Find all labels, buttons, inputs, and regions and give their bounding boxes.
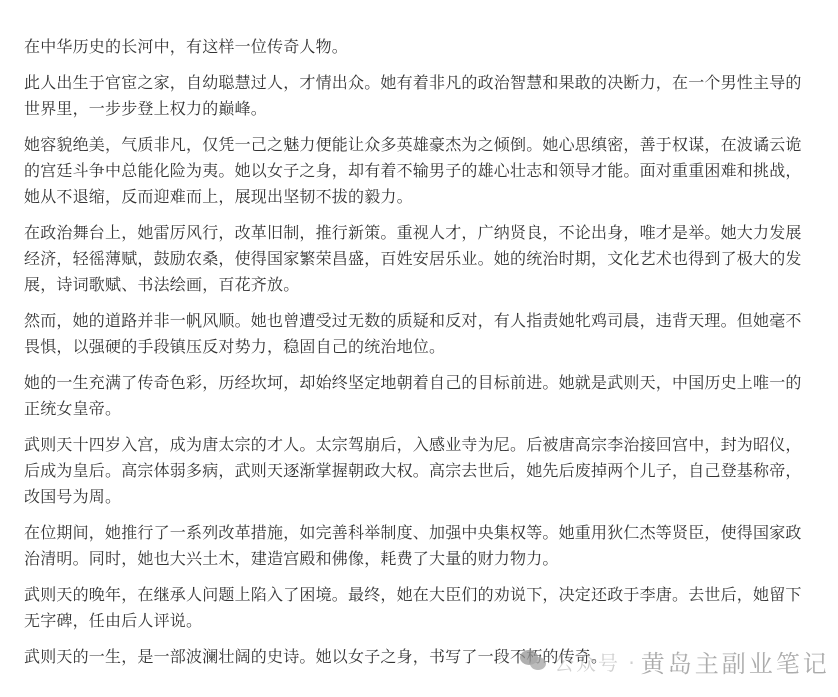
paragraph-opposition: 然而，她的道路并非一帆风顺。她也曾遭受过无数的质疑和反对，有人指责她牝鸡司晨，违…	[24, 308, 816, 360]
paragraph-character: 她容貌绝美，气质非凡，仅凭一己之魅力便能让众多英雄豪杰为之倾倒。她心思缜密，善于…	[24, 132, 816, 210]
paragraph-late-years: 武则天的晚年，在继承人问题上陷入了困境。最终，她在大臣们的劝说下，决定还政于李唐…	[24, 582, 816, 634]
paragraph-rise: 武则天十四岁入宫，成为唐太宗的才人。太宗驾崩后，入感业寺为尼。后被唐高宗李治接回…	[24, 432, 816, 510]
article-body: 在中华历史的长河中，有这样一位传奇人物。 此人出生于官宦之家，自幼聪慧过人，才情…	[24, 34, 816, 680]
paragraph-conclusion: 武则天的一生，是一部波澜壮阔的史诗。她以女子之身，书写了一段不朽的传奇。	[24, 644, 816, 670]
paragraph-reign: 在位期间，她推行了一系列改革措施，如完善科举制度、加强中央集权等。她重用狄仁杰等…	[24, 520, 816, 572]
paragraph-politics: 在政治舞台上，她雷厉风行，改革旧制，推行新策。重视人才，广纳贤良，不论出身，唯才…	[24, 220, 816, 298]
paragraph-intro: 在中华历史的长河中，有这样一位传奇人物。	[24, 34, 816, 60]
paragraph-identity: 她的一生充满了传奇色彩，历经坎坷，却始终坚定地朝着自己的目标前进。她就是武则天，…	[24, 370, 816, 422]
paragraph-origin: 此人出生于官宦之家，自幼聪慧过人，才情出众。她有着非凡的政治智慧和果敢的决断力，…	[24, 70, 816, 122]
